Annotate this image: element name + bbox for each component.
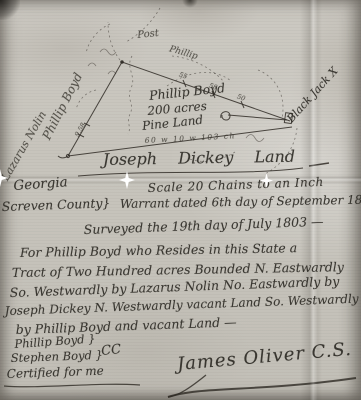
dotted-upper-left2 — [86, 24, 110, 54]
scribble-2 — [88, 63, 96, 66]
cc-label: CC — [100, 342, 121, 359]
loop-line — [228, 115, 287, 120]
certified-underline — [4, 384, 140, 387]
dickey-underline — [78, 168, 303, 176]
south-boundary-owner-label: Joseph Dickey Land — [103, 147, 296, 169]
corner-tear-mark — [0, 0, 20, 20]
line-loop — [221, 112, 230, 120]
survey-plat-document: Phillip Boyd Lazarus Nolin Post Phillip … — [0, 0, 361, 400]
signature-underline — [168, 378, 356, 397]
scribble-4 — [246, 135, 264, 142]
top-edge-smudge — [182, 0, 198, 8]
surveyed-line: Surveyed the 19th day of July 1803 — — [83, 214, 323, 237]
grant-line-1: For Phillip Boyd who Resides in this Sta… — [20, 240, 297, 260]
dickey-underline-dash — [309, 163, 329, 166]
label-apex-post: Post — [137, 28, 160, 41]
county-label: Screven County} — [1, 195, 110, 214]
dotted-left-scribble — [76, 90, 96, 110]
signature-j-tail — [168, 375, 206, 397]
apex-marker — [121, 61, 124, 64]
creek-center — [128, 56, 133, 134]
